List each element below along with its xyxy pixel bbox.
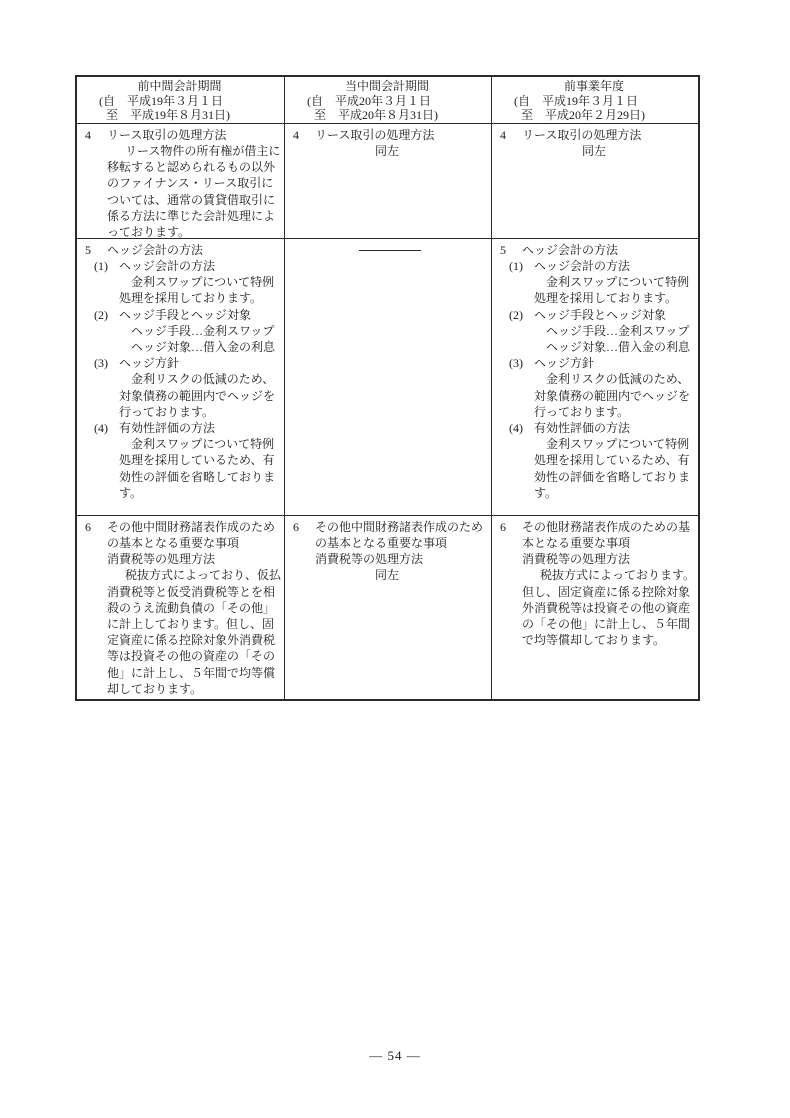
item-number: (3) xyxy=(509,355,523,371)
accounting-policies-table: 前中間会計期間(自 平成19年３月１日至 平成19年８月31日)当中間会計期間(… xyxy=(75,75,700,701)
text-line: 金利スワップについて特例 xyxy=(83,436,282,452)
text-line: 係る方法に準じた会計処理によ xyxy=(83,208,282,224)
cell-lease-transactions-col2: 4リース取引の処理方法同左 xyxy=(284,124,491,238)
text-line: 移転すると認められるもの以外 xyxy=(83,159,282,175)
text-line: ついては、通常の賃貸借取引に xyxy=(83,192,282,208)
text-line: 金利スワップについて特例 xyxy=(498,436,696,452)
item-text: ヘッジ会計の方法 xyxy=(119,259,215,273)
header-period-from: (自 平成19年３月１日 xyxy=(83,94,282,109)
text-line: 5ヘッジ会計の方法 xyxy=(83,242,282,258)
item-text: その他財務諸表作成のための基 xyxy=(522,520,690,534)
text-line: (1)ヘッジ会計の方法 xyxy=(498,258,696,274)
header-period-to: 至 平成20年８月31日) xyxy=(291,108,489,123)
header-title: 前事業年度 xyxy=(498,79,696,94)
text-line: に計上しております。但し、固 xyxy=(83,616,282,632)
item-text: 有効性評価の方法 xyxy=(119,421,215,435)
item-text: ヘッジ会計の方法 xyxy=(522,243,618,257)
item-text: リース取引の処理方法 xyxy=(522,128,641,142)
text-line: 金利スワップについて特例 xyxy=(83,274,282,290)
text-line: のファイナンス・リース取引に xyxy=(83,175,282,191)
header-period-to: 至 平成20年２月29日) xyxy=(498,108,696,123)
header-period-to: 至 平成19年８月31日) xyxy=(83,108,282,123)
item-text: その他中間財務諸表作成のため xyxy=(315,520,483,534)
item-number: 4 xyxy=(85,127,91,143)
text-line: (2)ヘッジ手段とヘッジ対象 xyxy=(498,307,696,323)
item-number: 5 xyxy=(500,242,506,258)
header-prev-fiscal-year: 前事業年度(自 平成19年３月１日至 平成20年２月29日) xyxy=(491,77,698,123)
item-number: (1) xyxy=(94,258,108,274)
header-prev-interim-period: 前中間会計期間(自 平成19年３月１日至 平成19年８月31日) xyxy=(77,77,284,123)
text-line: 対象債務の範囲内でヘッジを xyxy=(83,388,282,404)
text-line: の基本となる重要な事項 xyxy=(83,535,282,551)
text-line: 却しております。 xyxy=(83,681,282,697)
cell-lease-transactions-col3: 4リース取引の処理方法同左 xyxy=(491,124,698,238)
text-line: 但し、固定資産に係る控除対象 xyxy=(498,584,696,600)
text-line: す。 xyxy=(83,485,282,501)
text-line: 同左 xyxy=(291,567,489,583)
text-line: (4)有効性評価の方法 xyxy=(498,420,696,436)
item-text: 有効性評価の方法 xyxy=(534,421,630,435)
no-entry-dash xyxy=(359,250,421,251)
item-number: (2) xyxy=(94,307,108,323)
cell-other-important-matters-col3: 6その他財務諸表作成のための基本となる重要な事項消費税等の処理方法税抜方式によっ… xyxy=(491,516,698,699)
header-title: 当中間会計期間 xyxy=(291,79,489,94)
item-number: 6 xyxy=(500,519,506,535)
text-line: 消費税等の処理方法 xyxy=(498,551,696,567)
text-line: 外消費税等は投資その他の資産 xyxy=(498,600,696,616)
text-line: ヘッジ手段…金利スワップ xyxy=(498,323,696,339)
header-title: 前中間会計期間 xyxy=(83,79,282,94)
text-line: 消費税等の処理方法 xyxy=(83,551,282,567)
text-line: 行っております。 xyxy=(83,404,282,420)
text-line: 効性の評価を省略しておりま xyxy=(83,469,282,485)
item-text: ヘッジ手段とヘッジ対象 xyxy=(534,308,666,322)
item-number: (2) xyxy=(509,307,523,323)
text-line: 消費税等の処理方法 xyxy=(291,551,489,567)
item-text: ヘッジ手段とヘッジ対象 xyxy=(119,308,251,322)
header-period-from: (自 平成19年３月１日 xyxy=(498,94,696,109)
cell-hedge-accounting-col2 xyxy=(284,239,491,515)
text-line: 等は投資その他の資産の「その xyxy=(83,648,282,664)
item-number: 4 xyxy=(500,127,506,143)
text-line: 4リース取引の処理方法 xyxy=(498,127,696,143)
table-header-row: 前中間会計期間(自 平成19年３月１日至 平成19年８月31日)当中間会計期間(… xyxy=(77,77,698,123)
text-line: ヘッジ手段…金利スワップ xyxy=(83,323,282,339)
text-line: 同左 xyxy=(291,143,489,159)
text-line: 4リース取引の処理方法 xyxy=(291,127,489,143)
text-line: 処理を採用しております。 xyxy=(83,290,282,306)
cell-lease-transactions-col1: 4リース取引の処理方法リース物件の所有権が借主に移転すると認められるもの以外のフ… xyxy=(77,124,284,238)
text-line: 他」に計上し、５年間で均等償 xyxy=(83,665,282,681)
item-number: (3) xyxy=(94,355,108,371)
text-line: 消費税等と仮受消費税等とを相 xyxy=(83,584,282,600)
text-line: (3)ヘッジ方針 xyxy=(83,355,282,371)
item-text: ヘッジ方針 xyxy=(119,356,179,370)
item-number: 6 xyxy=(85,519,91,535)
cell-hedge-accounting-col3: 5ヘッジ会計の方法(1)ヘッジ会計の方法金利スワップについて特例処理を採用してお… xyxy=(491,239,698,515)
text-line: 税抜方式によっております。 xyxy=(498,567,696,583)
cell-other-important-matters-col1: 6その他中間財務諸表作成のための基本となる重要な事項消費税等の処理方法税抜方式に… xyxy=(77,516,284,699)
item-number: (4) xyxy=(94,420,108,436)
item-text: その他中間財務諸表作成のため xyxy=(107,520,275,534)
text-line: (3)ヘッジ方針 xyxy=(498,355,696,371)
item-number: 6 xyxy=(293,519,299,535)
text-line: リース物件の所有権が借主に xyxy=(83,143,282,159)
item-text: ヘッジ方針 xyxy=(534,356,594,370)
item-number: (4) xyxy=(509,420,523,436)
text-line: す。 xyxy=(498,485,696,501)
text-line: っております。 xyxy=(83,224,282,238)
text-line: 効性の評価を省略しておりま xyxy=(498,469,696,485)
document-page: 前中間会計期間(自 平成19年３月１日至 平成19年８月31日)当中間会計期間(… xyxy=(0,0,790,1118)
text-line: 税抜方式によっており、仮払 xyxy=(83,567,282,583)
text-line: で均等償却しております。 xyxy=(498,632,696,648)
table-row-lease-transactions: 4リース取引の処理方法リース物件の所有権が借主に移転すると認められるもの以外のフ… xyxy=(77,123,698,238)
cell-hedge-accounting-col1: 5ヘッジ会計の方法(1)ヘッジ会計の方法金利スワップについて特例処理を採用してお… xyxy=(77,239,284,515)
header-period-from: (自 平成20年３月１日 xyxy=(291,94,489,109)
text-line: 金利リスクの低減のため、 xyxy=(83,371,282,387)
text-line: 定資産に係る控除対象外消費税 xyxy=(83,632,282,648)
text-line: 同左 xyxy=(498,143,696,159)
text-line: 金利リスクの低減のため、 xyxy=(498,371,696,387)
header-current-interim-period: 当中間会計期間(自 平成20年３月１日至 平成20年８月31日) xyxy=(284,77,491,123)
text-line: の基本となる重要な事項 xyxy=(291,535,489,551)
text-line: 処理を採用しているため、有 xyxy=(498,452,696,468)
text-line: 殺のうえ流動負債の「その他」 xyxy=(83,600,282,616)
text-line: 6その他中間財務諸表作成のため xyxy=(83,519,282,535)
page-number: ― 54 ― xyxy=(0,1048,790,1064)
text-line: 6その他財務諸表作成のための基 xyxy=(498,519,696,535)
item-text: リース取引の処理方法 xyxy=(107,128,226,142)
text-line: ヘッジ対象…借入金の利息 xyxy=(498,339,696,355)
item-number: 4 xyxy=(293,127,299,143)
text-line: 本となる重要な事項 xyxy=(498,535,696,551)
table-row-other-important-matters: 6その他中間財務諸表作成のための基本となる重要な事項消費税等の処理方法税抜方式に… xyxy=(77,515,698,699)
cell-other-important-matters-col2: 6その他中間財務諸表作成のための基本となる重要な事項消費税等の処理方法同左 xyxy=(284,516,491,699)
text-line: 行っております。 xyxy=(498,404,696,420)
text-line: (2)ヘッジ手段とヘッジ対象 xyxy=(83,307,282,323)
text-line: 処理を採用しているため、有 xyxy=(83,452,282,468)
text-line: ヘッジ対象…借入金の利息 xyxy=(83,339,282,355)
text-line: 処理を採用しております。 xyxy=(498,290,696,306)
text-line: 4リース取引の処理方法 xyxy=(83,127,282,143)
text-line: 金利スワップについて特例 xyxy=(498,274,696,290)
text-line: の「その他」に計上し、５年間 xyxy=(498,616,696,632)
text-line: (1)ヘッジ会計の方法 xyxy=(83,258,282,274)
table-row-hedge-accounting: 5ヘッジ会計の方法(1)ヘッジ会計の方法金利スワップについて特例処理を採用してお… xyxy=(77,238,698,515)
item-number: (1) xyxy=(509,258,523,274)
item-text: リース取引の処理方法 xyxy=(315,128,434,142)
text-line: 対象債務の範囲内でヘッジを xyxy=(498,388,696,404)
text-line: 6その他中間財務諸表作成のため xyxy=(291,519,489,535)
text-line: (4)有効性評価の方法 xyxy=(83,420,282,436)
text-line: 5ヘッジ会計の方法 xyxy=(498,242,696,258)
item-number: 5 xyxy=(85,242,91,258)
item-text: ヘッジ会計の方法 xyxy=(534,259,630,273)
item-text: ヘッジ会計の方法 xyxy=(107,243,203,257)
